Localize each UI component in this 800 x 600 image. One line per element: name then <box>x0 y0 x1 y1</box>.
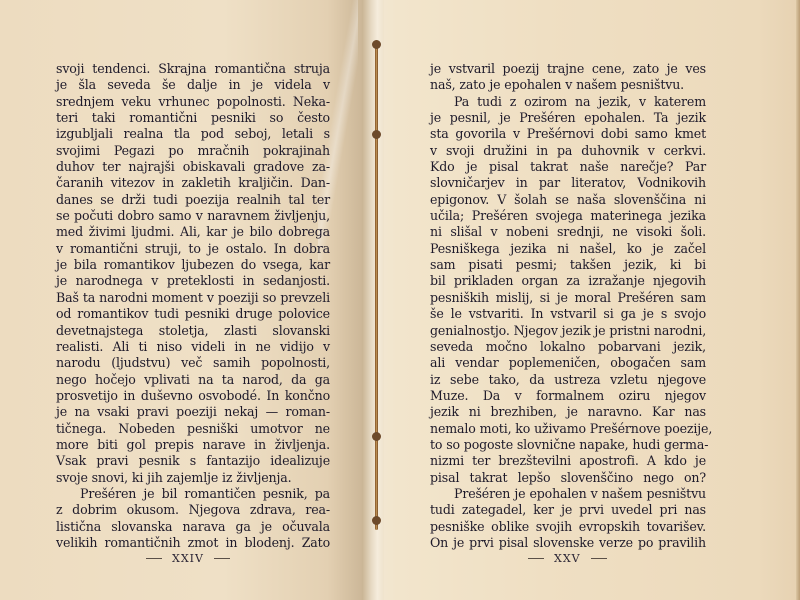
page-number-right: XXV <box>528 552 607 565</box>
text-line: On je prvi pisal slovenske verze po prav… <box>430 535 706 551</box>
text-line: svoje snovi, ki jih zajemlje iz življenj… <box>56 470 330 486</box>
book-gutter <box>362 0 384 600</box>
binding-thread <box>375 40 378 530</box>
page-number: XXV <box>554 552 581 565</box>
text-line: sam pisati pesmi; takšen jezik, ki bi <box>430 257 706 273</box>
text-line: čaranih vitezov in zakletih kraljičin. D… <box>56 175 330 191</box>
folio-dash <box>214 558 230 559</box>
text-line: je narodnega v preteklosti in sedanjosti… <box>56 273 330 289</box>
binding-stitch <box>372 40 381 49</box>
text-line: devetnajstega stoletja, zlasti slovanski <box>56 323 330 339</box>
text-line: v svoji družini in pa duhovnik v cerkvi. <box>430 143 706 159</box>
text-line: nemalo moti, ko uživamo Prešérnove poezi… <box>430 421 706 437</box>
right-page-text: je vstvaril poezij trajne cene, zato je … <box>430 61 706 551</box>
text-line: to so pogoste slovnične napake, hudi ger… <box>430 437 706 453</box>
text-line: pesniških mislij, si je moral Prešéren s… <box>430 290 706 306</box>
text-line: med živimi ljudmi. Ali, kar je bilo dobr… <box>56 224 330 240</box>
left-page-text: svoji tendenci. Skrajna romantična struj… <box>56 61 330 551</box>
text-line: bil prikladen organ za izražanje njegovi… <box>430 273 706 289</box>
text-line: pesniške oblike svojih evropskih tovariš… <box>430 519 706 535</box>
folio-dash <box>528 558 544 559</box>
text-line: Muze. Da v formalnem oziru njegov <box>430 388 706 404</box>
text-line: danes se drži tudi poezija realnih tal t… <box>56 192 330 208</box>
text-line: Baš ta narodni moment v poeziji so prevz… <box>56 290 330 306</box>
text-line: z dobrim okusom. Njegova zdrava, rea- <box>56 502 330 518</box>
text-line: genialnostjo. Njegov jezik je pristni na… <box>430 323 706 339</box>
text-line: je na vsaki pravi poeziji nekaj — roman- <box>56 404 330 420</box>
folio-dash <box>146 558 162 559</box>
text-line: listična slovanska narava ga je očuvala <box>56 519 330 535</box>
text-line: učila; Prešéren svojega materinega jezik… <box>430 208 706 224</box>
page-number: XXIV <box>172 552 204 565</box>
book-spread: svoji tendenci. Skrajna romantična struj… <box>0 0 800 600</box>
text-line: narodu (ljudstvu) več samih popolnosti, <box>56 355 330 371</box>
text-line: ali vendar poplemeničen, obogačen sam <box>430 355 706 371</box>
text-line: seveda močno lokalno pobarvani jezik, <box>430 339 706 355</box>
text-line: nego hočejo vplivati na ta narod, da ga <box>56 372 330 388</box>
text-line: srednjem veku vrhunec popolnosti. Neka- <box>56 94 330 110</box>
text-line: izgubljali realna tla pod seboj, letali … <box>56 126 330 142</box>
text-line: Prešéren je epohalen v našem pesništvu <box>430 486 706 502</box>
text-line: Prešéren je bil romantičen pesnik, pa <box>56 486 330 502</box>
page-number-left: XXIV <box>146 552 230 565</box>
text-line: more biti gol prepis narave in življenja… <box>56 437 330 453</box>
text-line: svoji tendenci. Skrajna romantična struj… <box>56 61 330 77</box>
text-line: teri taki romantični pesniki so često <box>56 110 330 126</box>
binding-stitch <box>372 130 381 139</box>
text-line: prosvetijo in duševno osvobodé. In končn… <box>56 388 330 404</box>
text-line: naš, zato je epohalen v našem pesništvu. <box>430 77 706 93</box>
text-line: Pesniškega jezika ni našel, ko je začel <box>430 241 706 257</box>
text-line: tičnega. Nobeden pesniški umotvor ne <box>56 421 330 437</box>
text-line: pisal takrat lepšo slovenščino nego on? <box>430 470 706 486</box>
text-line: velikih romantičnih zmot in blodenj. Zat… <box>56 535 330 551</box>
text-line: jezik ni brezhiben, je naravno. Kar nas <box>430 404 706 420</box>
text-line: je šla seveda še dalje in je videla v <box>56 77 330 93</box>
text-line: je bila romantikov ljubezen do vsega, ka… <box>56 257 330 273</box>
text-line: je pesnil, je Prešéren epohalen. Ta jezi… <box>430 110 706 126</box>
binding-stitch <box>372 516 381 525</box>
text-line: je vstvaril poezij trajne cene, zato je … <box>430 61 706 77</box>
text-line: ni slišal v nobeni srednji, ne visoki šo… <box>430 224 706 240</box>
text-line: Pa tudi z ozirom na jezik, v katerem <box>430 94 706 110</box>
text-line: tudi zategadel, ker je prvi uvedel pri n… <box>430 502 706 518</box>
text-line: še le vstvariti. In vstvaril si ga je s … <box>430 306 706 322</box>
text-line: slovničarjev in par literatov, Vodnikovi… <box>430 175 706 191</box>
text-line: nizmi ter brezštevilni apostrofi. A kdo … <box>430 453 706 469</box>
folio-dash <box>591 558 607 559</box>
text-line: sta govorila v Prešérnovi dobi samo kmet <box>430 126 706 142</box>
binding-stitch <box>372 432 381 441</box>
page-edge <box>796 0 800 600</box>
text-line: realisti. Ali ti niso videli in ne vidij… <box>56 339 330 355</box>
text-line: duhov ter najrajši obiskavali gradove za… <box>56 159 330 175</box>
text-line: epigonov. V šolah se naša slovenščina ni <box>430 192 706 208</box>
text-line: v romantični struji, to je ostalo. In do… <box>56 241 330 257</box>
text-line: iz sebe tako, da ustreza vzletu njegove <box>430 372 706 388</box>
text-line: Kdo je pisal takrat naše narečje? Par <box>430 159 706 175</box>
text-line: od romantikov tudi pesniki druge polovic… <box>56 306 330 322</box>
text-line: Vsak pravi pesnik s fantazijo idealizuje <box>56 453 330 469</box>
text-line: svojimi Pegazi po mračnih pokrajinah <box>56 143 330 159</box>
text-line: se počuti dobro samo v naravnem življenj… <box>56 208 330 224</box>
